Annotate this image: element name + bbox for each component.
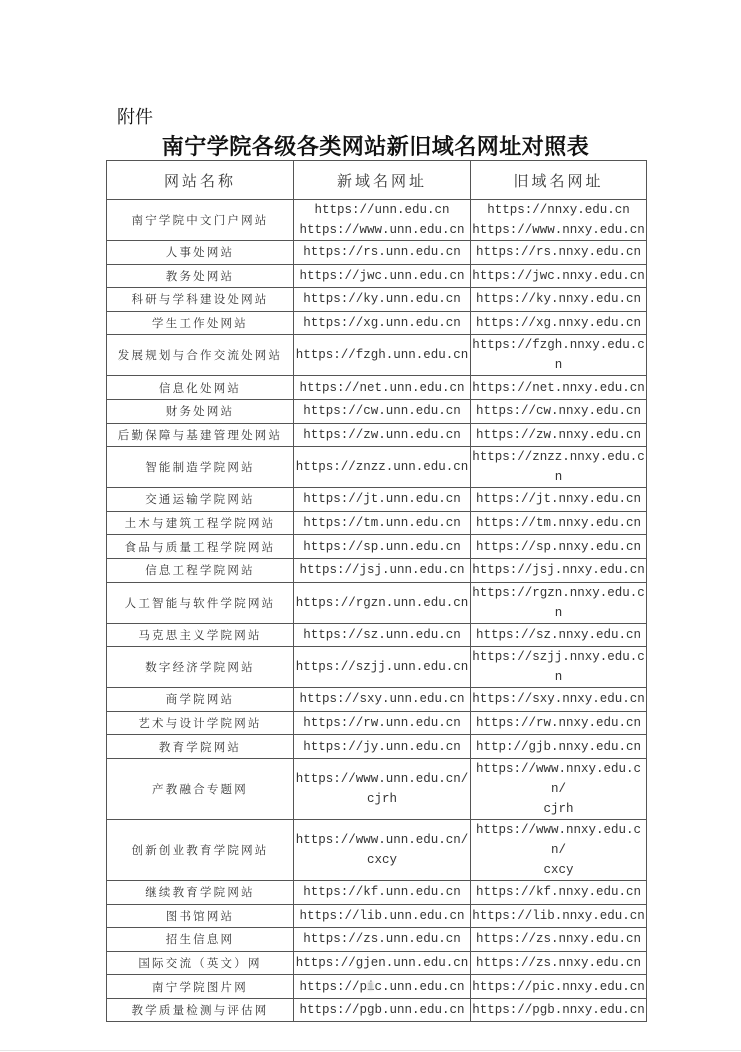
new-url-cell: https://pgb.unn.edu.cn <box>294 998 471 1022</box>
table-row: 科研与学科建设处网站https://ky.unn.edu.cnhttps://k… <box>107 288 647 312</box>
table-header-row: 网站名称 新域名网址 旧域名网址 <box>107 161 647 200</box>
new-url-cell: https://unn.edu.cn https://www.unn.edu.c… <box>294 200 471 241</box>
site-name-cell: 信息工程学院网站 <box>107 558 294 582</box>
site-name-cell: 人工智能与软件学院网站 <box>107 582 294 623</box>
old-url-cell: https://jwc.nnxy.edu.cn <box>471 264 647 288</box>
site-name-cell: 创新创业教育学院网站 <box>107 819 294 880</box>
header-old-domain: 旧域名网址 <box>471 161 647 200</box>
new-url-cell: https://zs.unn.edu.cn <box>294 928 471 952</box>
table-row: 创新创业教育学院网站https://www.unn.edu.cn/cxcyhtt… <box>107 819 647 880</box>
new-url-cell: https://szjj.unn.edu.cn <box>294 647 471 688</box>
table-row: 国际交流（英文）网https://gjen.unn.edu.cnhttps://… <box>107 951 647 975</box>
old-url-cell: https://tm.nnxy.edu.cn <box>471 511 647 535</box>
table-row: 人工智能与软件学院网站https://rgzn.unn.edu.cnhttps:… <box>107 582 647 623</box>
new-url-cell: https://www.unn.edu.cn/cxcy <box>294 819 471 880</box>
new-url-cell: https://sp.unn.edu.cn <box>294 535 471 559</box>
old-url-cell: https://sp.nnxy.edu.cn <box>471 535 647 559</box>
site-name-cell: 交通运输学院网站 <box>107 488 294 512</box>
table-row: 南宁学院图片网https://pic.unn.edu.cnhttps://pic… <box>107 975 647 999</box>
new-url-cell: https://lib.unn.edu.cn <box>294 904 471 928</box>
site-name-cell: 土木与建筑工程学院网站 <box>107 511 294 535</box>
site-name-cell: 马克思主义学院网站 <box>107 623 294 647</box>
site-name-cell: 信息化处网站 <box>107 376 294 400</box>
new-url-cell: https://xg.unn.edu.cn <box>294 311 471 335</box>
old-url-cell: https://rgzn.nnxy.edu.cn <box>471 582 647 623</box>
table-row: 交通运输学院网站https://jt.unn.edu.cnhttps://jt.… <box>107 488 647 512</box>
new-url-cell: https://sxy.unn.edu.cn <box>294 688 471 712</box>
old-url-cell: https://sz.nnxy.edu.cn <box>471 623 647 647</box>
site-name-cell: 国际交流（英文）网 <box>107 951 294 975</box>
new-url-cell: https://sz.unn.edu.cn <box>294 623 471 647</box>
table-row: 艺术与设计学院网站https://rw.unn.edu.cnhttps://rw… <box>107 711 647 735</box>
site-name-cell: 继续教育学院网站 <box>107 880 294 904</box>
attachment-label: 附件 <box>117 103 153 129</box>
new-url-cell: https://jy.unn.edu.cn <box>294 735 471 759</box>
table-row: 图书馆网站https://lib.unn.edu.cnhttps://lib.n… <box>107 904 647 928</box>
table-row: 财务处网站https://cw.unn.edu.cnhttps://cw.nnx… <box>107 399 647 423</box>
old-url-cell: https://kf.nnxy.edu.cn <box>471 880 647 904</box>
site-name-cell: 教学质量检测与评估网 <box>107 998 294 1022</box>
table-row: 后勤保障与基建管理处网站https://zw.unn.edu.cnhttps:/… <box>107 423 647 447</box>
new-url-cell: https://rs.unn.edu.cn <box>294 241 471 265</box>
old-url-cell: https://zs.nnxy.edu.cn <box>471 928 647 952</box>
old-url-cell: https://cw.nnxy.edu.cn <box>471 399 647 423</box>
old-url-cell: https://znzz.nnxy.edu.cn <box>471 447 647 488</box>
new-url-cell: https://fzgh.unn.edu.cn <box>294 335 471 376</box>
new-url-cell: https://zw.unn.edu.cn <box>294 423 471 447</box>
table-row: 土木与建筑工程学院网站https://tm.unn.edu.cnhttps://… <box>107 511 647 535</box>
table-row: 发展规划与合作交流处网站https://fzgh.unn.edu.cnhttps… <box>107 335 647 376</box>
site-name-cell: 学生工作处网站 <box>107 311 294 335</box>
old-url-cell: https://rw.nnxy.edu.cn <box>471 711 647 735</box>
site-name-cell: 商学院网站 <box>107 688 294 712</box>
site-name-cell: 发展规划与合作交流处网站 <box>107 335 294 376</box>
site-name-cell: 智能制造学院网站 <box>107 447 294 488</box>
new-url-cell: https://ky.unn.edu.cn <box>294 288 471 312</box>
site-name-cell: 财务处网站 <box>107 399 294 423</box>
old-url-cell: https://ky.nnxy.edu.cn <box>471 288 647 312</box>
domain-mapping-table: 网站名称 新域名网址 旧域名网址 南宁学院中文门户网站https://unn.e… <box>106 160 647 1022</box>
table-row: 数字经济学院网站https://szjj.unn.edu.cnhttps://s… <box>107 647 647 688</box>
header-new-domain: 新域名网址 <box>294 161 471 200</box>
site-name-cell: 招生信息网 <box>107 928 294 952</box>
new-url-cell: https://tm.unn.edu.cn <box>294 511 471 535</box>
old-url-cell: https://jt.nnxy.edu.cn <box>471 488 647 512</box>
table-row: 食品与质量工程学院网站https://sp.unn.edu.cnhttps://… <box>107 535 647 559</box>
table-row: 信息化处网站https://net.unn.edu.cnhttps://net.… <box>107 376 647 400</box>
table-row: 继续教育学院网站https://kf.unn.edu.cnhttps://kf.… <box>107 880 647 904</box>
table-row: 教务处网站https://jwc.unn.edu.cnhttps://jwc.n… <box>107 264 647 288</box>
site-name-cell: 教育学院网站 <box>107 735 294 759</box>
old-url-cell: https://lib.nnxy.edu.cn <box>471 904 647 928</box>
site-name-cell: 南宁学院中文门户网站 <box>107 200 294 241</box>
site-name-cell: 产教融合专题网 <box>107 758 294 819</box>
new-url-cell: https://znzz.unn.edu.cn <box>294 447 471 488</box>
table-row: 商学院网站https://sxy.unn.edu.cnhttps://sxy.n… <box>107 688 647 712</box>
old-url-cell: https://szjj.nnxy.edu.cn <box>471 647 647 688</box>
site-name-cell: 人事处网站 <box>107 241 294 265</box>
table-row: 智能制造学院网站https://znzz.unn.edu.cnhttps://z… <box>107 447 647 488</box>
new-url-cell: https://gjen.unn.edu.cn <box>294 951 471 975</box>
new-url-cell: https://rgzn.unn.edu.cn <box>294 582 471 623</box>
site-name-cell: 科研与学科建设处网站 <box>107 288 294 312</box>
old-url-cell: https://zs.nnxy.edu.cn <box>471 951 647 975</box>
old-url-cell: https://jsj.nnxy.edu.cn <box>471 558 647 582</box>
site-name-cell: 南宁学院图片网 <box>107 975 294 999</box>
new-url-cell: https://jwc.unn.edu.cn <box>294 264 471 288</box>
page-edge <box>0 1050 741 1051</box>
document-title: 南宁学院各级各类网站新旧域名网址对照表 <box>0 130 741 161</box>
site-name-cell: 后勤保障与基建管理处网站 <box>107 423 294 447</box>
old-url-cell: https://nnxy.edu.cn https://www.nnxy.edu… <box>471 200 647 241</box>
new-url-cell: https://net.unn.edu.cn <box>294 376 471 400</box>
table-row: 教学质量检测与评估网https://pgb.unn.edu.cnhttps://… <box>107 998 647 1022</box>
old-url-cell: https://pic.nnxy.edu.cn <box>471 975 647 999</box>
new-url-cell: https://kf.unn.edu.cn <box>294 880 471 904</box>
new-url-cell: https://rw.unn.edu.cn <box>294 711 471 735</box>
old-url-cell: https://rs.nnxy.edu.cn <box>471 241 647 265</box>
new-url-cell: https://jt.unn.edu.cn <box>294 488 471 512</box>
page-number-mark <box>368 982 373 990</box>
old-url-cell: https://www.nnxy.edu.cn/ cxcy <box>471 819 647 880</box>
site-name-cell: 艺术与设计学院网站 <box>107 711 294 735</box>
table-row: 招生信息网https://zs.unn.edu.cnhttps://zs.nnx… <box>107 928 647 952</box>
site-name-cell: 数字经济学院网站 <box>107 647 294 688</box>
new-url-cell: https://jsj.unn.edu.cn <box>294 558 471 582</box>
table-row: 人事处网站https://rs.unn.edu.cnhttps://rs.nnx… <box>107 241 647 265</box>
old-url-cell: https://net.nnxy.edu.cn <box>471 376 647 400</box>
old-url-cell: https://fzgh.nnxy.edu.cn <box>471 335 647 376</box>
site-name-cell: 图书馆网站 <box>107 904 294 928</box>
old-url-cell: http://gjb.nnxy.edu.cn <box>471 735 647 759</box>
old-url-cell: https://pgb.nnxy.edu.cn <box>471 998 647 1022</box>
table-row: 马克思主义学院网站https://sz.unn.edu.cnhttps://sz… <box>107 623 647 647</box>
header-site-name: 网站名称 <box>107 161 294 200</box>
new-url-cell: https://pic.unn.edu.cn <box>294 975 471 999</box>
site-name-cell: 食品与质量工程学院网站 <box>107 535 294 559</box>
table-row: 教育学院网站https://jy.unn.edu.cnhttp://gjb.nn… <box>107 735 647 759</box>
old-url-cell: https://www.nnxy.edu.cn/ cjrh <box>471 758 647 819</box>
old-url-cell: https://xg.nnxy.edu.cn <box>471 311 647 335</box>
table-row: 学生工作处网站https://xg.unn.edu.cnhttps://xg.n… <box>107 311 647 335</box>
table-row: 产教融合专题网https://www.unn.edu.cn/cjrhhttps:… <box>107 758 647 819</box>
old-url-cell: https://sxy.nnxy.edu.cn <box>471 688 647 712</box>
table-row: 信息工程学院网站https://jsj.unn.edu.cnhttps://js… <box>107 558 647 582</box>
new-url-cell: https://www.unn.edu.cn/cjrh <box>294 758 471 819</box>
site-name-cell: 教务处网站 <box>107 264 294 288</box>
old-url-cell: https://zw.nnxy.edu.cn <box>471 423 647 447</box>
table-row: 南宁学院中文门户网站https://unn.edu.cn https://www… <box>107 200 647 241</box>
new-url-cell: https://cw.unn.edu.cn <box>294 399 471 423</box>
